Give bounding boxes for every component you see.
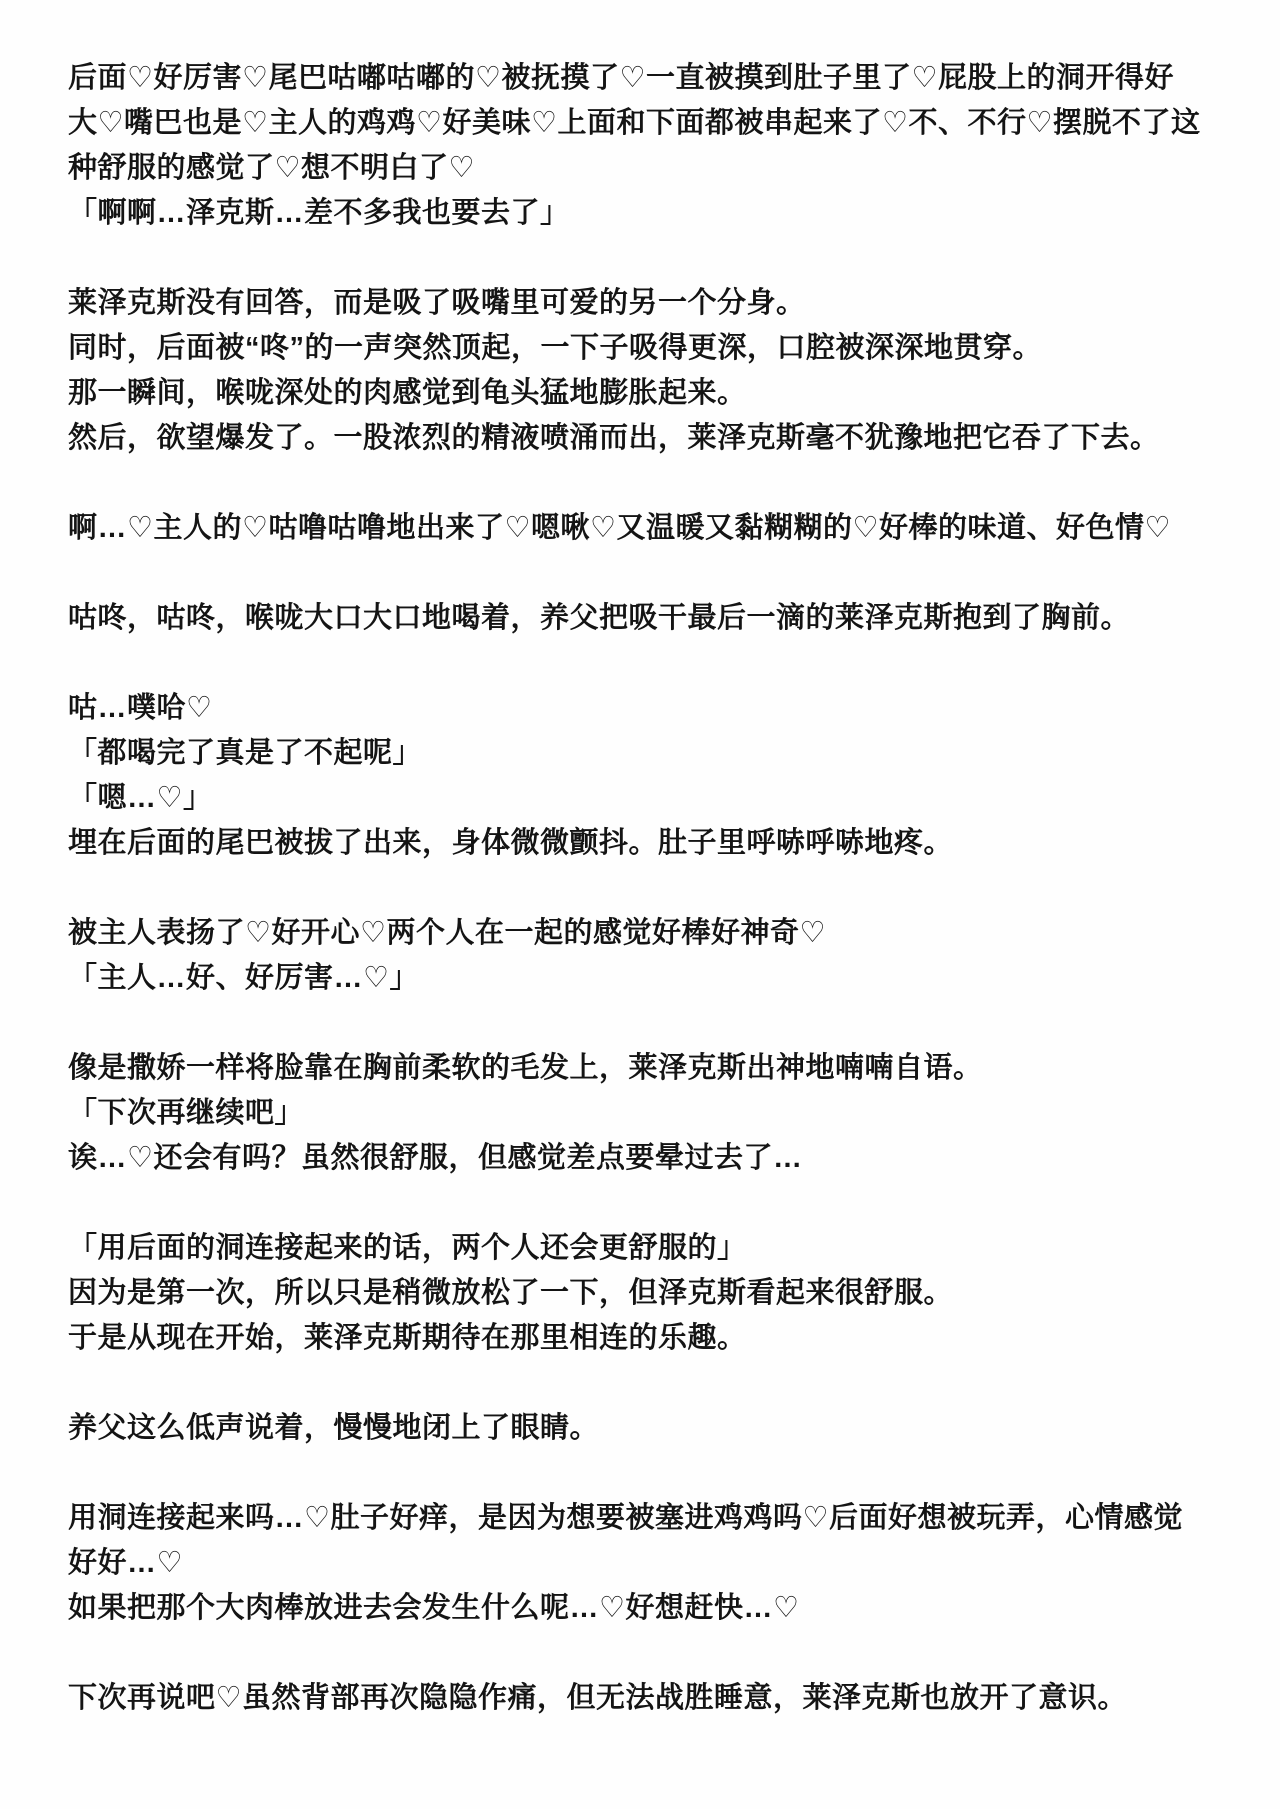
paragraph: 「用后面的洞连接起来的话，两个人还会更舒服的」因为是第一次，所以只是稍微放松了一… [68,1226,1222,1361]
text-line: 同时，后面被“咚”的一声突然顶起，一下子吸得更深，口腔被深深地贯穿。 [68,326,1222,371]
paragraph: 咕…噗哈♡「都喝完了真是了不起呢」「嗯…♡」埋在后面的尾巴被拔了出来，身体微微颤… [68,686,1222,866]
text-line: 大♡嘴巴也是♡主人的鸡鸡♡好美味♡上面和下面都被串起来了♡不、不行♡摆脱不了这 [68,101,1222,146]
text-line: 下次再说吧♡虽然背部再次隐隐作痛，但无法战胜睡意，莱泽克斯也放开了意识。 [68,1676,1222,1721]
paragraph: 养父这么低声说着，慢慢地闭上了眼睛。 [68,1406,1222,1451]
text-line: 养父这么低声说着，慢慢地闭上了眼睛。 [68,1406,1222,1451]
paragraph: 咕咚，咕咚，喉咙大口大口地喝着，养父把吸干最后一滴的莱泽克斯抱到了胸前。 [68,596,1222,641]
paragraph: 啊…♡主人的♡咕噜咕噜地出来了♡嗯啾♡又温暖又黏糊糊的♡好棒的味道、好色情♡ [68,506,1222,551]
text-content: 后面♡好厉害♡尾巴咕嘟咕嘟的♡被抚摸了♡一直被摸到肚子里了♡屁股上的洞开得好大♡… [68,56,1222,1721]
text-line: 好好…♡ [68,1541,1222,1586]
text-line: 「下次再继续吧」 [68,1091,1222,1136]
paragraph: 被主人表扬了♡好开心♡两个人在一起的感觉好棒好神奇♡「主人…好、好厉害…♡」 [68,911,1222,1001]
text-line: 种舒服的感觉了♡想不明白了♡ [68,146,1222,191]
text-line: 那一瞬间，喉咙深处的肉感觉到龟头猛地膨胀起来。 [68,371,1222,416]
text-line: 如果把那个大肉棒放进去会发生什么呢…♡好想赶快…♡ [68,1586,1222,1631]
text-line: 「用后面的洞连接起来的话，两个人还会更舒服的」 [68,1226,1222,1271]
text-line: 「啊啊…泽克斯…差不多我也要去了」 [68,191,1222,236]
text-line: 啊…♡主人的♡咕噜咕噜地出来了♡嗯啾♡又温暖又黏糊糊的♡好棒的味道、好色情♡ [68,506,1222,551]
paragraph: 后面♡好厉害♡尾巴咕嘟咕嘟的♡被抚摸了♡一直被摸到肚子里了♡屁股上的洞开得好大♡… [68,56,1222,236]
text-line: 「嗯…♡」 [68,776,1222,821]
text-line: 然后，欲望爆发了。一股浓烈的精液喷涌而出，莱泽克斯毫不犹豫地把它吞了下去。 [68,416,1222,461]
text-line: 咕…噗哈♡ [68,686,1222,731]
text-line: 用洞连接起来吗…♡肚子好痒，是因为想要被塞进鸡鸡吗♡后面好想被玩弄，心情感觉 [68,1496,1222,1541]
text-line: 埋在后面的尾巴被拔了出来，身体微微颤抖。肚子里呼哧呼哧地疼。 [68,821,1222,866]
text-line: 咕咚，咕咚，喉咙大口大口地喝着，养父把吸干最后一滴的莱泽克斯抱到了胸前。 [68,596,1222,641]
paragraph: 下次再说吧♡虽然背部再次隐隐作痛，但无法战胜睡意，莱泽克斯也放开了意识。 [68,1676,1222,1721]
paragraph: 像是撒娇一样将脸靠在胸前柔软的毛发上，莱泽克斯出神地喃喃自语。「下次再继续吧」诶… [68,1046,1222,1181]
text-line: 像是撒娇一样将脸靠在胸前柔软的毛发上，莱泽克斯出神地喃喃自语。 [68,1046,1222,1091]
paragraph: 用洞连接起来吗…♡肚子好痒，是因为想要被塞进鸡鸡吗♡后面好想被玩弄，心情感觉好好… [68,1496,1222,1631]
text-line: 「主人…好、好厉害…♡」 [68,956,1222,1001]
text-line: 因为是第一次，所以只是稍微放松了一下，但泽克斯看起来很舒服。 [68,1271,1222,1316]
text-line: 于是从现在开始，莱泽克斯期待在那里相连的乐趣。 [68,1316,1222,1361]
text-line: 诶…♡还会有吗？虽然很舒服，但感觉差点要晕过去了… [68,1136,1222,1181]
text-line: 莱泽克斯没有回答，而是吸了吸嘴里可爱的另一个分身。 [68,281,1222,326]
text-line: 后面♡好厉害♡尾巴咕嘟咕嘟的♡被抚摸了♡一直被摸到肚子里了♡屁股上的洞开得好 [68,56,1222,101]
text-line: 「都喝完了真是了不起呢」 [68,731,1222,776]
text-line: 被主人表扬了♡好开心♡两个人在一起的感觉好棒好神奇♡ [68,911,1222,956]
document-page: 后面♡好厉害♡尾巴咕嘟咕嘟的♡被抚摸了♡一直被摸到肚子里了♡屁股上的洞开得好大♡… [0,0,1280,1809]
paragraph: 莱泽克斯没有回答，而是吸了吸嘴里可爱的另一个分身。同时，后面被“咚”的一声突然顶… [68,281,1222,461]
